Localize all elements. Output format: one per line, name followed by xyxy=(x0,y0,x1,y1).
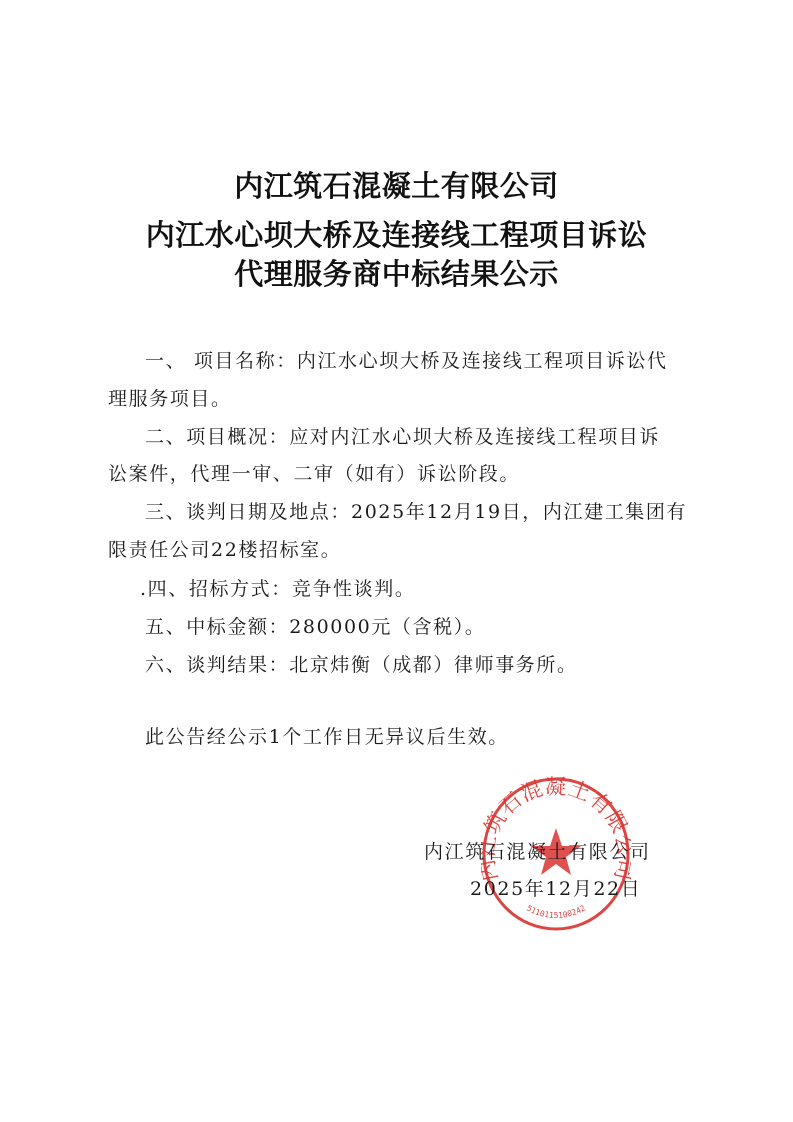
item-1-line-2: 理服务项目。 xyxy=(108,390,232,409)
title-company: 内江筑石混凝土有限公司 xyxy=(0,172,793,201)
svg-text:5110115100242: 5110115100242 xyxy=(525,904,587,921)
notice-text: 此公告经公示1个工作日无异议后生效。 xyxy=(145,728,509,747)
item-2-line-2: 讼案件，代理一审、二审（如有）诉讼阶段。 xyxy=(108,465,520,484)
item-6: 六、谈判结果：北京炜衡（成都）律师事务所。 xyxy=(145,656,578,675)
item-1-line-1: 一、 项目名称：内江水心坝大桥及连接线工程项目诉讼代 xyxy=(145,352,668,371)
item-3-line-1: 三、谈判日期及地点：2025年12月19日，内江建工集团有 xyxy=(145,503,687,522)
item-4: .四、招标方式：竞争性谈判。 xyxy=(140,580,415,599)
item-5: 五、中标金额：280000元（含税）。 xyxy=(145,618,485,637)
signature-date: 2025年12月22日 xyxy=(470,880,641,899)
item-3-line-2: 限责任公司22楼招标室。 xyxy=(108,541,341,560)
signature-company: 内江筑石混凝土有限公司 xyxy=(424,843,651,862)
title-project: 内江水心坝大桥及连接线工程项目诉讼 xyxy=(0,221,793,250)
title-result: 代理服务商中标结果公示 xyxy=(0,260,793,289)
document-page: 内江筑石混凝土有限公司 内江水心坝大桥及连接线工程项目诉讼 代理服务商中标结果公… xyxy=(0,0,793,1122)
item-2-line-1: 二、项目概况：应对内江水心坝大桥及连接线工程项目诉 xyxy=(145,428,660,447)
